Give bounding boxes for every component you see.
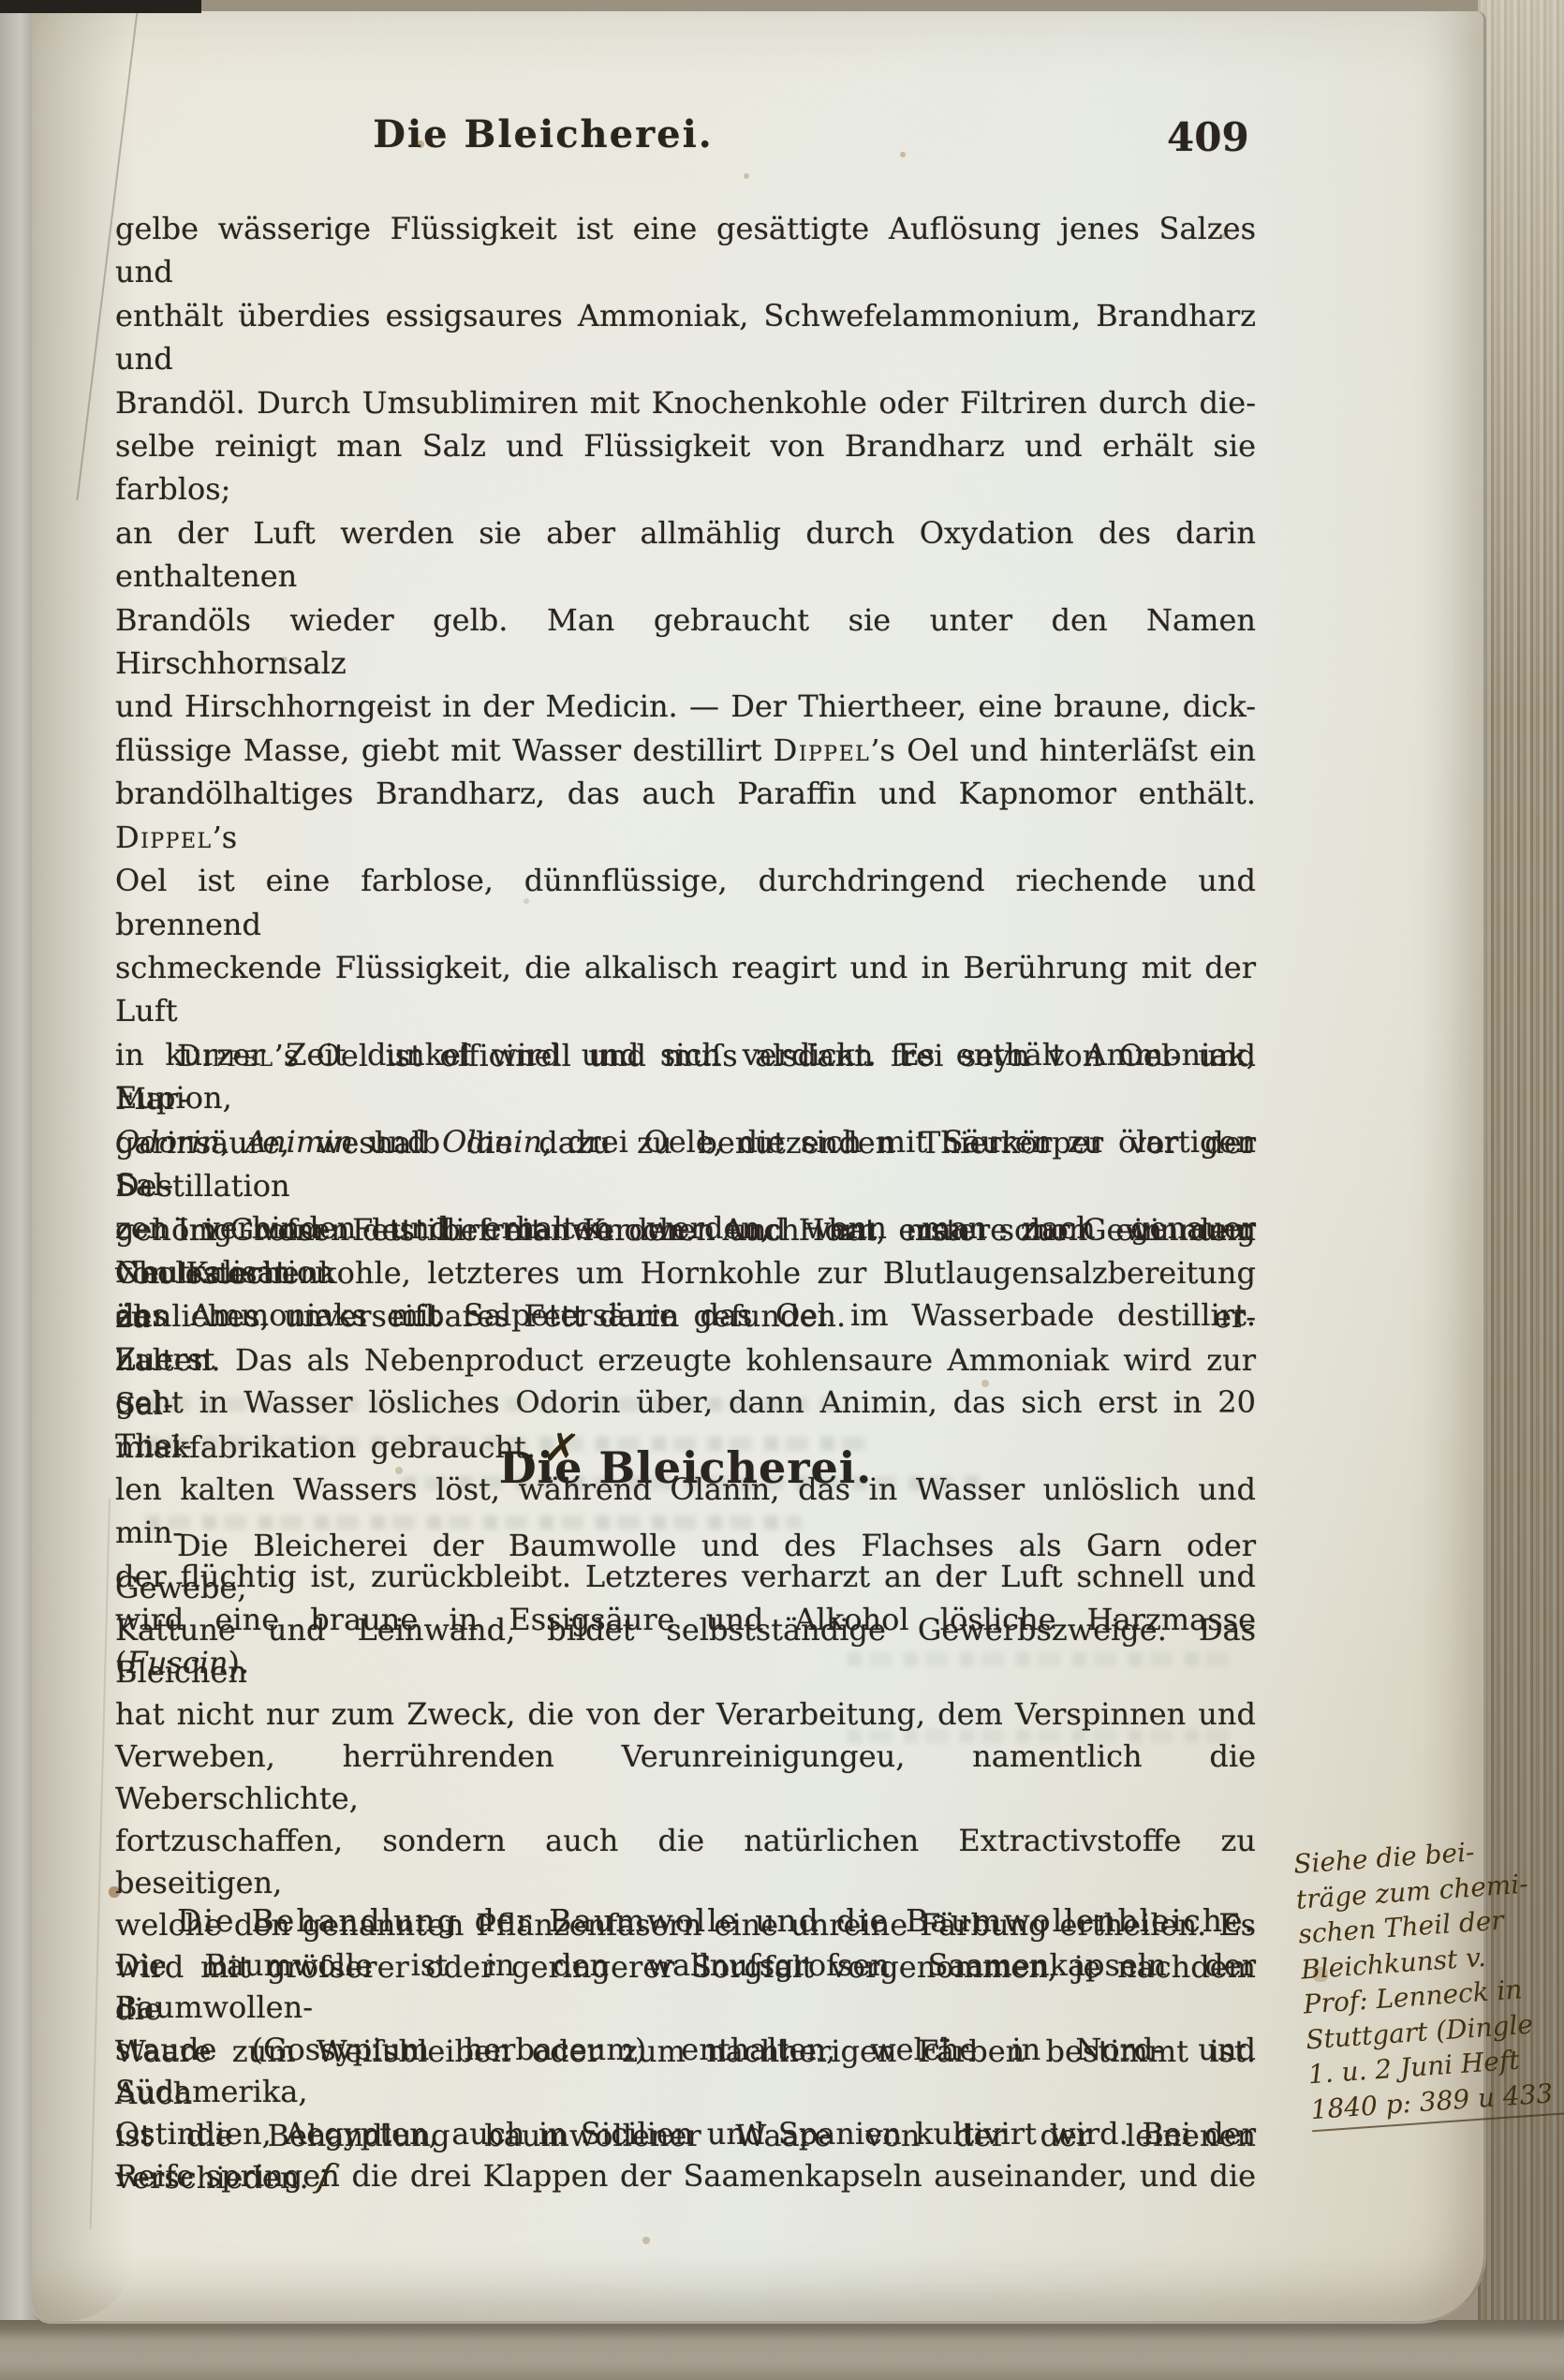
section-heading: Die Bleicherei.: [115, 1442, 1256, 1493]
scanned-book-page: Die Bleicherei. 409 gelbe wässerige Flüs…: [0, 0, 1564, 2380]
paragraph-baumwolle: Die Baumwolle ist in den wallnuſsgroſsen…: [115, 1944, 1256, 2197]
running-head: Die Bleicherei.: [243, 112, 843, 156]
handwritten-margin-note: Siehe die bei-träge zum chemi-schen Thei…: [1292, 1828, 1564, 2133]
spaced-subheading: Die Behandlung der Baumwolle und die Bau…: [115, 1900, 1256, 1942]
paragraph-knochen-horn: Im Groſsen destillirt man Knochen und Ho…: [115, 1208, 1256, 1469]
book-bottom-edge: [0, 2320, 1564, 2380]
page-number: 409: [1167, 114, 1249, 160]
scan-edge-shadow: [0, 0, 201, 13]
